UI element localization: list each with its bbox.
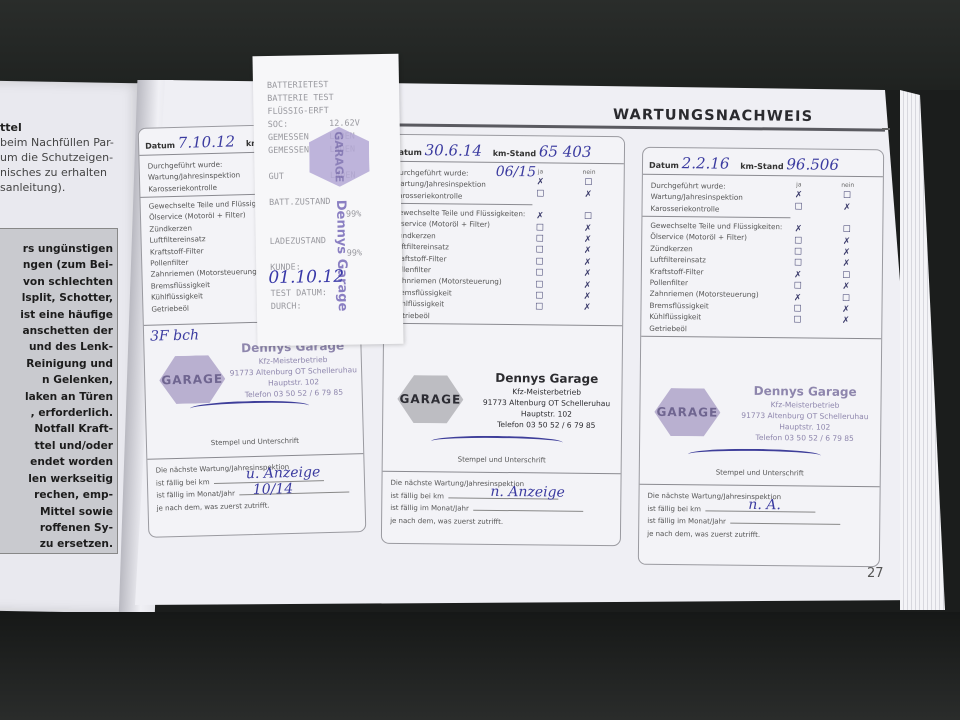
yes-checkbox[interactable]: ☐ xyxy=(792,236,804,248)
performed-labels: Durchgeführt wurde: Wartung/Jahresinspek… xyxy=(393,167,486,202)
no-checkbox[interactable]: ☐ xyxy=(841,191,853,203)
garage-stamp-text: Dennys Garage Kfz-Meisterbetrieb 91773 A… xyxy=(227,338,359,400)
km-label: km-Stand xyxy=(493,149,536,158)
entry-km: 65 403 xyxy=(539,142,592,161)
warning-line: Notfall Kraft- xyxy=(0,421,117,437)
divider xyxy=(384,323,622,327)
receipt-handwritten-date: 01.10.12 xyxy=(268,267,344,288)
no-checkbox[interactable]: ☐ xyxy=(840,293,852,305)
performed-labels: Durchgeführt wurde: Wartung/Jahresinspek… xyxy=(148,158,241,195)
warning-line: zu ersetzen. xyxy=(0,536,117,552)
intro-line: beim Nachfüllen Par- xyxy=(0,135,150,150)
part-label: Luftfiltereinsatz xyxy=(393,241,525,254)
entry-date: 2.2.16 xyxy=(682,154,730,172)
stamp-caption: Stempel und Unterschrift xyxy=(147,435,363,449)
no-checkbox[interactable]: ☐ xyxy=(841,225,853,237)
left-page-intro: ttel beim Nachfüllen Par-um die Schutzei… xyxy=(0,120,150,195)
yes-checkbox[interactable]: ✗ xyxy=(792,293,804,305)
divider xyxy=(383,471,621,475)
next-km-label: ist fällig bei km xyxy=(390,491,444,500)
next-km-label: ist fällig bei km xyxy=(647,504,701,513)
page-number: 27 xyxy=(867,566,884,581)
yes-checkbox[interactable]: ☐ xyxy=(534,234,546,246)
garage-stamp-text: Dennys Garage Kfz-Meisterbetrieb 91773 A… xyxy=(732,384,878,445)
parts-labels: Gewechselte Teile und Flüssigkeiten:Ölse… xyxy=(649,220,782,335)
divider xyxy=(640,484,880,488)
left-page-warning-box: rs ungünstigenngen (zum Bei-von schlecht… xyxy=(0,228,118,554)
no-checkbox[interactable]: ✗ xyxy=(581,292,593,304)
yes-column: ja✗☐✗☐☐☐✗☐✗☐☐ xyxy=(791,179,805,327)
body-check-label: Karosseriekontrolle xyxy=(650,203,742,215)
warning-line: lsplit, Schotter, xyxy=(0,290,117,306)
yes-checkbox[interactable]: ☐ xyxy=(533,303,545,315)
intro-line: nisches zu erhalten xyxy=(0,165,150,180)
next-km-value: u. Anzeige xyxy=(246,464,321,482)
date-label: Datum xyxy=(145,141,175,151)
warning-line: endet worden xyxy=(0,454,117,470)
no-checkbox[interactable]: ✗ xyxy=(582,258,594,270)
warning-line: ttel und/oder xyxy=(0,438,117,454)
no-column: nein☐✗☐✗✗✗☐✗☐✗✗ xyxy=(840,180,854,328)
maintenance-entry-card: Datum 30.6.14 km-Stand 65 403 Durchgefüh… xyxy=(381,134,625,546)
no-checkbox[interactable]: ✗ xyxy=(582,223,594,235)
warning-line: rs ungünstigen xyxy=(0,241,117,257)
no-checkbox[interactable]: ✗ xyxy=(581,303,593,315)
date-km-row: Datum 30.6.14 km-Stand 65 403 xyxy=(392,141,618,163)
next-km-value: n. A. xyxy=(748,497,781,513)
next-service-block: Die nächste Wartung/Jahresinspektion ist… xyxy=(647,490,840,542)
warning-line: von schlechten xyxy=(0,274,117,290)
entry-date: 30.6.14 xyxy=(425,141,482,160)
garage-address: 91773 Altenburg OT Schelleruhau xyxy=(732,410,877,423)
garage-phone: Telefon 03 50 52 / 6 79 85 xyxy=(474,419,618,432)
divider xyxy=(642,216,790,219)
inspection-label: Wartung/Jahresinspektion xyxy=(651,191,743,203)
garage-address: 91773 Altenburg OT Schelleruhau xyxy=(474,397,618,410)
yes-checkbox[interactable]: ☐ xyxy=(533,291,545,303)
garage-phone: Telefon 03 50 52 / 6 79 85 xyxy=(732,432,877,445)
part-label: Kühlflüssigkeit xyxy=(392,298,524,311)
divider xyxy=(385,203,532,206)
yes-checkbox[interactable]: ☐ xyxy=(534,223,546,235)
entry-km: 96.506 xyxy=(786,155,839,174)
inspection-label: Wartung/Jahresinspektion xyxy=(148,170,240,184)
garage-name: Dennys Garage xyxy=(733,384,878,401)
warning-line: , erforderlich. xyxy=(0,405,117,421)
page-edges xyxy=(900,90,948,610)
part-label: Luftfiltereinsatz xyxy=(650,254,782,267)
garage-stamp-logo: GARAGE xyxy=(159,355,226,405)
part-label: Kühlflüssigkeit xyxy=(649,311,781,324)
yes-checkbox[interactable]: ☐ xyxy=(533,269,545,281)
garage-stamp-logo: GARAGE xyxy=(397,375,463,424)
signature xyxy=(431,435,563,448)
no-checkbox[interactable]: ✗ xyxy=(581,269,593,281)
date-km-row: Datum 2.2.16 km-Stand 96.506 xyxy=(649,154,877,176)
garage-name: Dennys Garage xyxy=(475,371,619,388)
no-checkbox[interactable]: ✗ xyxy=(840,259,852,271)
warning-line: rechen, emp- xyxy=(0,487,117,503)
warning-line: und des Lenk- xyxy=(0,339,117,355)
garage-phone: Telefon 03 50 52 / 6 79 85 xyxy=(228,386,359,400)
left-page-heading: ttel xyxy=(0,120,150,135)
yes-checkbox[interactable]: ☐ xyxy=(793,202,805,214)
no-checkbox[interactable]: ✗ xyxy=(841,236,853,248)
whichever-first-label: je nach dem, was zuerst zutrifft. xyxy=(390,514,583,529)
no-checkbox[interactable]: ☐ xyxy=(840,271,852,283)
yes-checkbox[interactable]: ☐ xyxy=(533,280,545,292)
yes-checkbox[interactable]: ✗ xyxy=(792,270,804,282)
background-bottom xyxy=(0,612,960,720)
yes-checkbox[interactable]: ☐ xyxy=(791,316,803,328)
next-month-label: ist fällig im Monat/Jahr xyxy=(647,517,726,526)
intro-line: sanleitung). xyxy=(0,180,150,195)
stamp-caption: Stempel und Unterschrift xyxy=(640,468,880,479)
next-km-label: ist fällig bei km xyxy=(156,478,210,487)
km-label: km-Stand xyxy=(740,162,783,171)
divider xyxy=(641,336,881,340)
maintenance-entry-card: Datum 2.2.16 km-Stand 96.506 Durchgeführ… xyxy=(638,147,884,568)
yes-checkbox[interactable]: ✗ xyxy=(793,191,805,203)
no-checkbox[interactable]: ☐ xyxy=(582,212,594,224)
no-checkbox[interactable]: ✗ xyxy=(582,190,594,202)
background-top xyxy=(0,0,960,90)
yes-checkbox[interactable]: ☐ xyxy=(534,257,546,269)
whichever-first-label: je nach dem, was zuerst zutrifft. xyxy=(647,527,840,542)
garage-stamp-text: Dennys Garage Kfz-Meisterbetrieb 91773 A… xyxy=(474,371,619,432)
no-checkbox[interactable]: ✗ xyxy=(840,248,852,260)
garage-stamp-logo: GARAGE xyxy=(654,388,720,437)
yes-checkbox[interactable]: ✗ xyxy=(534,178,546,190)
next-month-label: ist fällig im Monat/Jahr xyxy=(390,504,469,513)
warning-line: roffenen Sy- xyxy=(0,520,117,536)
yes-checkbox[interactable]: ☐ xyxy=(792,259,804,271)
no-checkbox[interactable]: ✗ xyxy=(581,280,593,292)
warning-line: ist eine häufige xyxy=(0,307,117,323)
next-km-value: n. Anzeige xyxy=(490,484,565,501)
warning-line: n Gelenken, xyxy=(0,372,117,388)
yes-checkbox[interactable]: ☐ xyxy=(792,247,804,259)
body-check-label: Karosseriekontrolle xyxy=(393,190,485,202)
yes-column: ja✗☐✗☐☐☐☐☐☐☐☐ xyxy=(533,166,547,314)
yes-checkbox[interactable]: ☐ xyxy=(534,189,546,201)
body-check-label: Karosseriekontrolle xyxy=(148,181,240,195)
stamp-caption: Stempel und Unterschrift xyxy=(383,455,621,465)
no-checkbox[interactable]: ✗ xyxy=(841,203,853,215)
parts-labels: Gewechselte Teile und Flüssigkeiten:Ölse… xyxy=(392,207,525,322)
yes-checkbox[interactable]: ✗ xyxy=(534,212,546,224)
warning-line: laken an Türen xyxy=(0,389,117,405)
inspection-label: Wartung/Jahresinspektion xyxy=(394,178,486,190)
no-checkbox[interactable]: ✗ xyxy=(840,282,852,294)
yes-checkbox[interactable]: ✗ xyxy=(792,225,804,237)
signature xyxy=(688,448,821,461)
warning-line: ngen (zum Bei- xyxy=(0,257,117,273)
no-checkbox[interactable]: ☐ xyxy=(582,178,594,190)
next-month-label: ist fällig im Monat/Jahr xyxy=(156,490,235,500)
entry-date: 7.10.12 xyxy=(178,132,236,151)
part-label: Getriebeöl xyxy=(392,309,524,322)
receipt-stamp-name: Dennys Garage xyxy=(333,200,350,312)
no-column: nein☐✗☐✗✗✗✗✗✗✗✗ xyxy=(581,167,595,315)
part-label: Getriebeöl xyxy=(649,322,781,335)
warning-line: Reinigung und xyxy=(0,356,117,372)
page-title: WARTUNGSNACHWEIS xyxy=(613,107,813,125)
date-label: Datum xyxy=(649,161,679,170)
next-month-value: 10/14 xyxy=(253,481,294,498)
yes-checkbox[interactable]: ☐ xyxy=(791,304,803,316)
no-checkbox[interactable]: ✗ xyxy=(582,246,594,258)
no-checkbox[interactable]: ✗ xyxy=(840,316,852,328)
performed-labels: Durchgeführt wurde: Wartung/Jahresinspek… xyxy=(650,180,743,215)
handwritten-note: 3F bch xyxy=(150,327,199,344)
warning-line: Mittel sowie xyxy=(0,504,117,520)
no-checkbox[interactable]: ✗ xyxy=(582,235,594,247)
yes-checkbox[interactable]: ☐ xyxy=(792,282,804,294)
divider xyxy=(147,453,363,460)
yes-checkbox[interactable]: ☐ xyxy=(534,246,546,258)
margin-tick xyxy=(882,128,890,130)
warning-line: len werkseitig xyxy=(0,471,117,487)
no-checkbox[interactable]: ✗ xyxy=(840,305,852,317)
battery-test-receipt: BATTERIETESTBATTERIE TESTFLÜSSIG-ERFTSOC… xyxy=(252,54,403,347)
intro-line: um die Schutzeigen- xyxy=(0,150,150,165)
performed-label: Durchgeführt wurde: xyxy=(394,167,486,179)
warning-line: anschetten der xyxy=(0,323,117,339)
performed-label: Durchgeführt wurde: xyxy=(651,180,743,192)
handwritten-note: 06/15 xyxy=(496,164,537,180)
